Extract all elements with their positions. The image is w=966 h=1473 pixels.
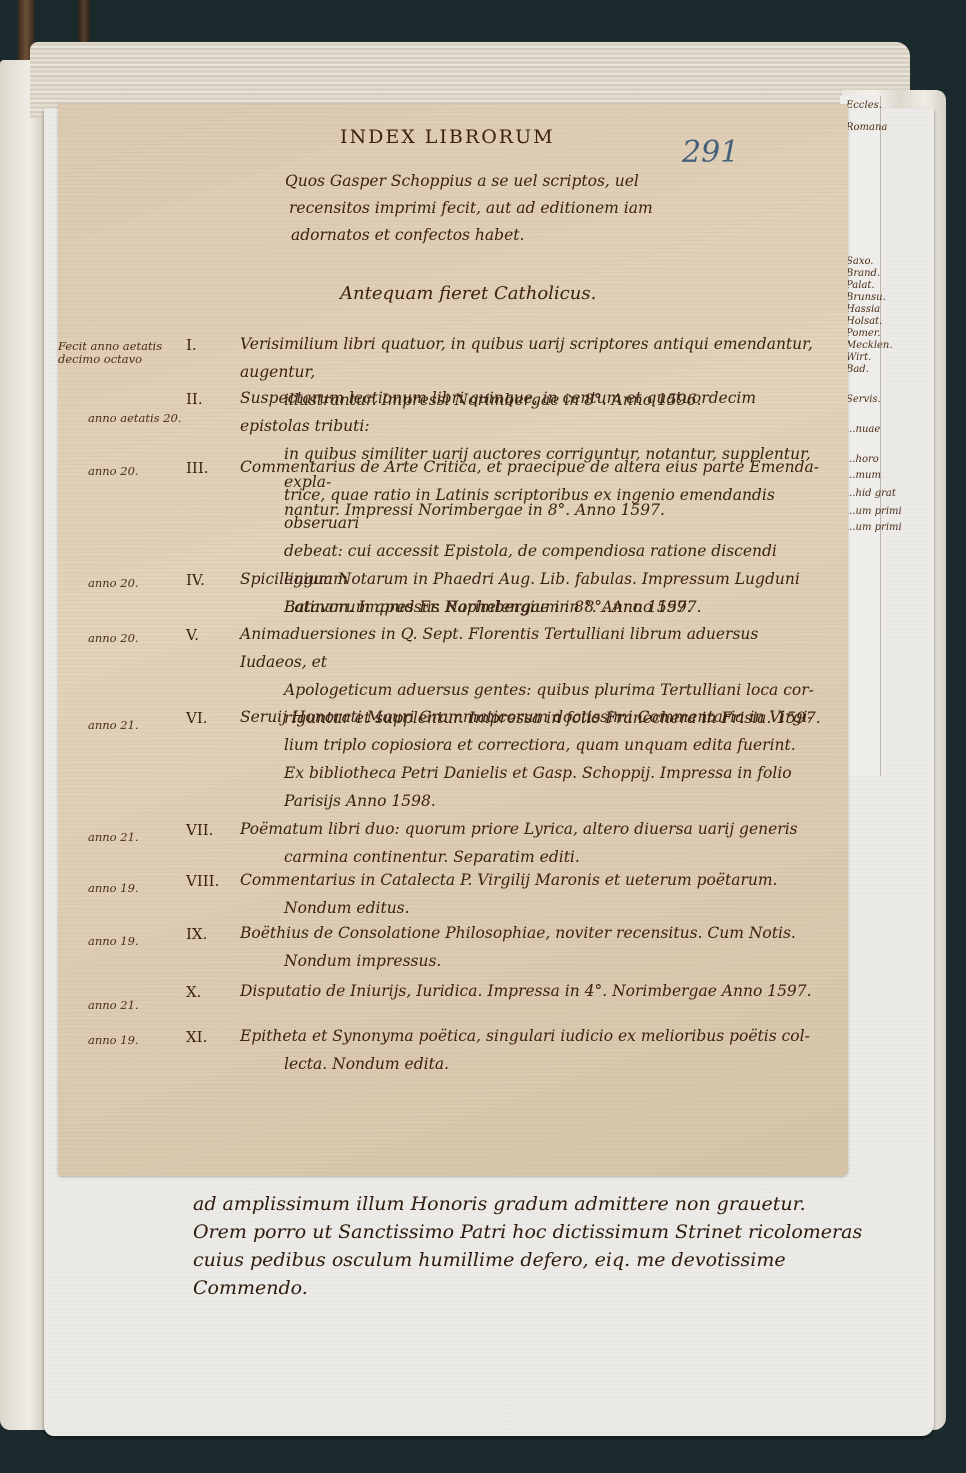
entry-line: trice, quae ratio in Latinis scriptoribu… xyxy=(240,481,825,537)
section-heading: Antequam fieret Catholicus. xyxy=(340,283,596,304)
entry-line: Apologeticum aduersus gentes: quibus plu… xyxy=(240,676,825,704)
entry-numeral: V. xyxy=(186,626,199,644)
entry-line: Nondum editus. xyxy=(240,894,825,922)
strip-note: ...um primi xyxy=(846,506,902,519)
entry-numeral: X. xyxy=(186,983,201,1001)
left-facing-page xyxy=(0,60,48,1430)
entry-line: Poëmatum libri duo: quorum priore Lyrica… xyxy=(240,820,798,838)
strip-note: Bad. xyxy=(846,364,869,377)
margin-note: anno 21. xyxy=(88,831,139,844)
strip-note: Brand. xyxy=(846,268,880,281)
entry-text: Spicilegium Notarum in Phaedri Aug. Lib.… xyxy=(240,565,825,621)
entry-line: Disputatio de Iniurijs, Iuridica. Impres… xyxy=(240,982,812,1000)
entry-text: Disputatio de Iniurijs, Iuridica. Impres… xyxy=(240,977,825,1005)
entry-line: Verisimilium libri quatuor, in quibus ua… xyxy=(240,335,813,381)
margin-note: anno 20. xyxy=(88,465,139,478)
strip-note: ...um primi xyxy=(846,522,902,535)
strip-note: Servis. xyxy=(846,394,881,407)
entry-line: lecta. Nondum edita. xyxy=(240,1050,825,1078)
entry-numeral: I. xyxy=(186,336,197,354)
letter-line: cuius pedibus osculum humillime defero, … xyxy=(193,1246,873,1302)
entry-line: Animaduersiones in Q. Sept. Florentis Te… xyxy=(240,625,758,671)
entry-line: Epitheta et Synonyma poëtica, singulari … xyxy=(240,1027,810,1045)
strip-note: Wirt. xyxy=(846,352,871,365)
entry-numeral: III. xyxy=(186,459,209,477)
entry-numeral: VIII. xyxy=(186,872,219,890)
strip-note: ...nuae xyxy=(846,424,880,437)
letter-line: Orem porro ut Sanctissimo Patri hoc dict… xyxy=(193,1218,873,1246)
entry-line: Seruij Honorati Mauri Grammaticorum doct… xyxy=(240,708,813,726)
entry-line: Suspectarum lectionum libri quinque, in … xyxy=(240,389,756,435)
strip-note: ...horo xyxy=(846,454,879,467)
strip-note: ...mum xyxy=(846,470,881,483)
strip-note: ...hid grat xyxy=(846,488,896,501)
strip-note-eccles: Eccles. xyxy=(846,100,882,113)
strip-note: Mecklen. xyxy=(846,340,893,353)
strip-note-romana: Romana xyxy=(846,122,887,135)
strip-note: Hassia xyxy=(846,304,880,317)
subtitle-line: recensitos imprimi fecit, aut ad edition… xyxy=(285,195,705,222)
entry-line: Batavorum apud Fr. Raphelengium in 8°. A… xyxy=(240,593,825,621)
margin-note: anno 20. xyxy=(88,632,139,645)
margin-note: anno 19. xyxy=(88,882,139,895)
entry-numeral: II. xyxy=(186,390,203,408)
letter-line: ad amplissimum illum Honoris gradum admi… xyxy=(193,1190,873,1218)
entry-numeral: VI. xyxy=(186,709,208,727)
entry-numeral: XI. xyxy=(186,1028,207,1046)
entry-text: Boëthius de Consolatione Philosophiae, n… xyxy=(240,919,825,975)
folio-number: 291 xyxy=(682,135,739,170)
document-subtitle: Quos Gasper Schoppius a se uel scriptos,… xyxy=(285,168,705,249)
margin-note: anno aetatis 20. xyxy=(88,412,182,425)
subtitle-line: adornatos et confectos habet. xyxy=(285,222,705,249)
margin-note: anno 19. xyxy=(88,935,139,948)
strip-note: Palat. xyxy=(846,280,875,293)
document-title: INDEX LIBRORUM xyxy=(340,126,555,148)
strip-note: Brunsu. xyxy=(846,292,886,305)
entry-line: Boëthius de Consolatione Philosophiae, n… xyxy=(240,924,796,942)
entry-line: Commentarius de Arte Critica, et praecip… xyxy=(240,458,819,476)
margin-note: anno 21. xyxy=(88,719,139,732)
strip-note: Pomer. xyxy=(846,328,881,341)
entry-line: lium triplo copiosiora et correctiora, q… xyxy=(240,731,825,759)
entry-text: Commentarius in Catalecta P. Virgilij Ma… xyxy=(240,866,825,922)
entry-text: Epitheta et Synonyma poëtica, singulari … xyxy=(240,1022,825,1078)
subtitle-line: Quos Gasper Schoppius a se uel scriptos,… xyxy=(285,168,705,195)
entry-numeral: IX. xyxy=(186,925,207,943)
entry-line: Spicilegium Notarum in Phaedri Aug. Lib.… xyxy=(240,570,800,588)
entry-line: Commentarius in Catalecta P. Virgilij Ma… xyxy=(240,871,778,889)
margin-note: Fecit anno aetatis decimo octavo xyxy=(58,340,178,366)
margin-note: anno 21. xyxy=(88,999,139,1012)
entry-line: Nondum impressus. xyxy=(240,947,825,975)
margin-note: anno 19. xyxy=(88,1034,139,1047)
entry-line: Ex bibliotheca Petri Danielis et Gasp. S… xyxy=(240,759,825,787)
entry-numeral: IV. xyxy=(186,571,205,589)
strip-note: Holsat. xyxy=(846,316,882,329)
entry-text: Seruij Honorati Mauri Grammaticorum doct… xyxy=(240,703,825,815)
entry-text: Poëmatum libri duo: quorum priore Lyrica… xyxy=(240,815,825,871)
entry-line: Parisijs Anno 1598. xyxy=(240,787,825,815)
margin-note: anno 20. xyxy=(88,577,139,590)
underlying-letter-text: ad amplissimum illum Honoris gradum admi… xyxy=(193,1190,873,1302)
strip-note: Saxo. xyxy=(846,256,873,269)
entry-numeral: VII. xyxy=(186,821,213,839)
